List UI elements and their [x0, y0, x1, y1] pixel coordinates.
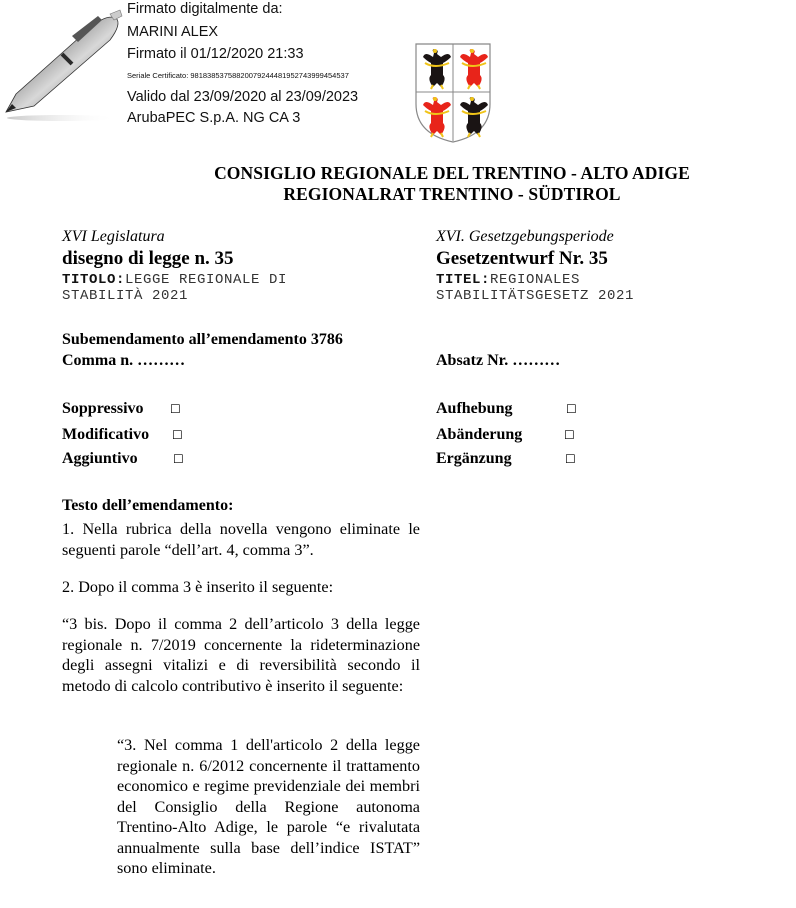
checkbox-aggiuntivo[interactable]: ☐ — [173, 452, 184, 466]
checkbox-abaenderung[interactable]: ☐ — [564, 428, 575, 442]
title-text-it-1: LEGGE REGIONALE DI — [125, 272, 287, 288]
signature-date: Firmato il 01/12/2020 21:33 — [127, 45, 304, 63]
legislature-it: XVI Legislatura — [62, 228, 165, 246]
checkbox-soppressivo[interactable]: ☐ — [170, 402, 181, 416]
bill-title-it: TITOLO:LEGGE REGIONALE DI STABILITÀ 2021 — [62, 273, 287, 304]
amendment-paragraph-1: 1. Nella rubrica della novella vengono e… — [62, 519, 420, 560]
amendment-text-heading: Testo dell’emendamento: — [62, 497, 233, 515]
option-label-ergaenzung: Ergänzung — [436, 450, 512, 468]
subamendment-reference: Subemendamento all’emendamento 3786 — [62, 331, 343, 349]
option-label-aufhebung: Aufhebung — [436, 400, 512, 418]
title-text-de-2: STABILITÄTSGESETZ 2021 — [436, 288, 634, 304]
bill-title-de: TITEL:REGIONALES STABILITÄTSGESETZ 2021 — [436, 273, 634, 304]
title-text-de-1: REGIONALES — [490, 272, 580, 288]
council-title-it: CONSIGLIO REGIONALE DEL TRENTINO - ALTO … — [0, 163, 796, 184]
amendment-paragraph-3: “3 bis. Dopo il comma 2 dell’articolo 3 … — [62, 614, 420, 696]
certificate-validity: Valido dal 23/09/2020 al 23/09/2023 — [127, 88, 358, 106]
pen-icon — [2, 8, 126, 124]
amendment-paragraph-2: 2. Dopo il comma 3 è inserito il seguent… — [62, 577, 420, 598]
council-title-de: REGIONALRAT TRENTINO - SÜDTIROL — [0, 184, 796, 205]
amendment-quoted-text: “3. Nel comma 1 dell'articolo 2 della le… — [117, 735, 420, 879]
checkbox-modificativo[interactable]: ☐ — [172, 428, 183, 442]
bill-number-de: Gesetzentwurf Nr. 35 — [436, 248, 608, 270]
title-label-it: TITOLO: — [62, 272, 125, 288]
paragraph-number-de: Absatz Nr. ……… — [436, 352, 560, 370]
option-label-aggiuntivo: Aggiuntivo — [62, 450, 138, 468]
checkbox-aufhebung[interactable]: ☐ — [566, 402, 577, 416]
option-label-soppressivo: Soppressivo — [62, 400, 144, 418]
signed-by-label: Firmato digitalmente da: — [127, 0, 283, 18]
checkbox-ergaenzung[interactable]: ☐ — [565, 452, 576, 466]
signer-name: MARINI ALEX — [127, 23, 218, 41]
title-text-it-2: STABILITÀ 2021 — [62, 288, 188, 304]
legislature-de: XVI. Gesetzgebungsperiode — [436, 228, 614, 246]
certificate-serial: Seriale Certificato: 9818385375882007924… — [127, 67, 349, 85]
certificate-issuer: ArubaPEC S.p.A. NG CA 3 — [127, 109, 300, 127]
bill-number-it: disegno di legge n. 35 — [62, 248, 234, 270]
coat-of-arms-icon — [414, 42, 492, 144]
paragraph-number-it: Comma n. ……… — [62, 352, 185, 370]
option-label-modificativo: Modificativo — [62, 426, 149, 444]
option-label-abaenderung: Abänderung — [436, 426, 522, 444]
title-label-de: TITEL: — [436, 272, 490, 288]
